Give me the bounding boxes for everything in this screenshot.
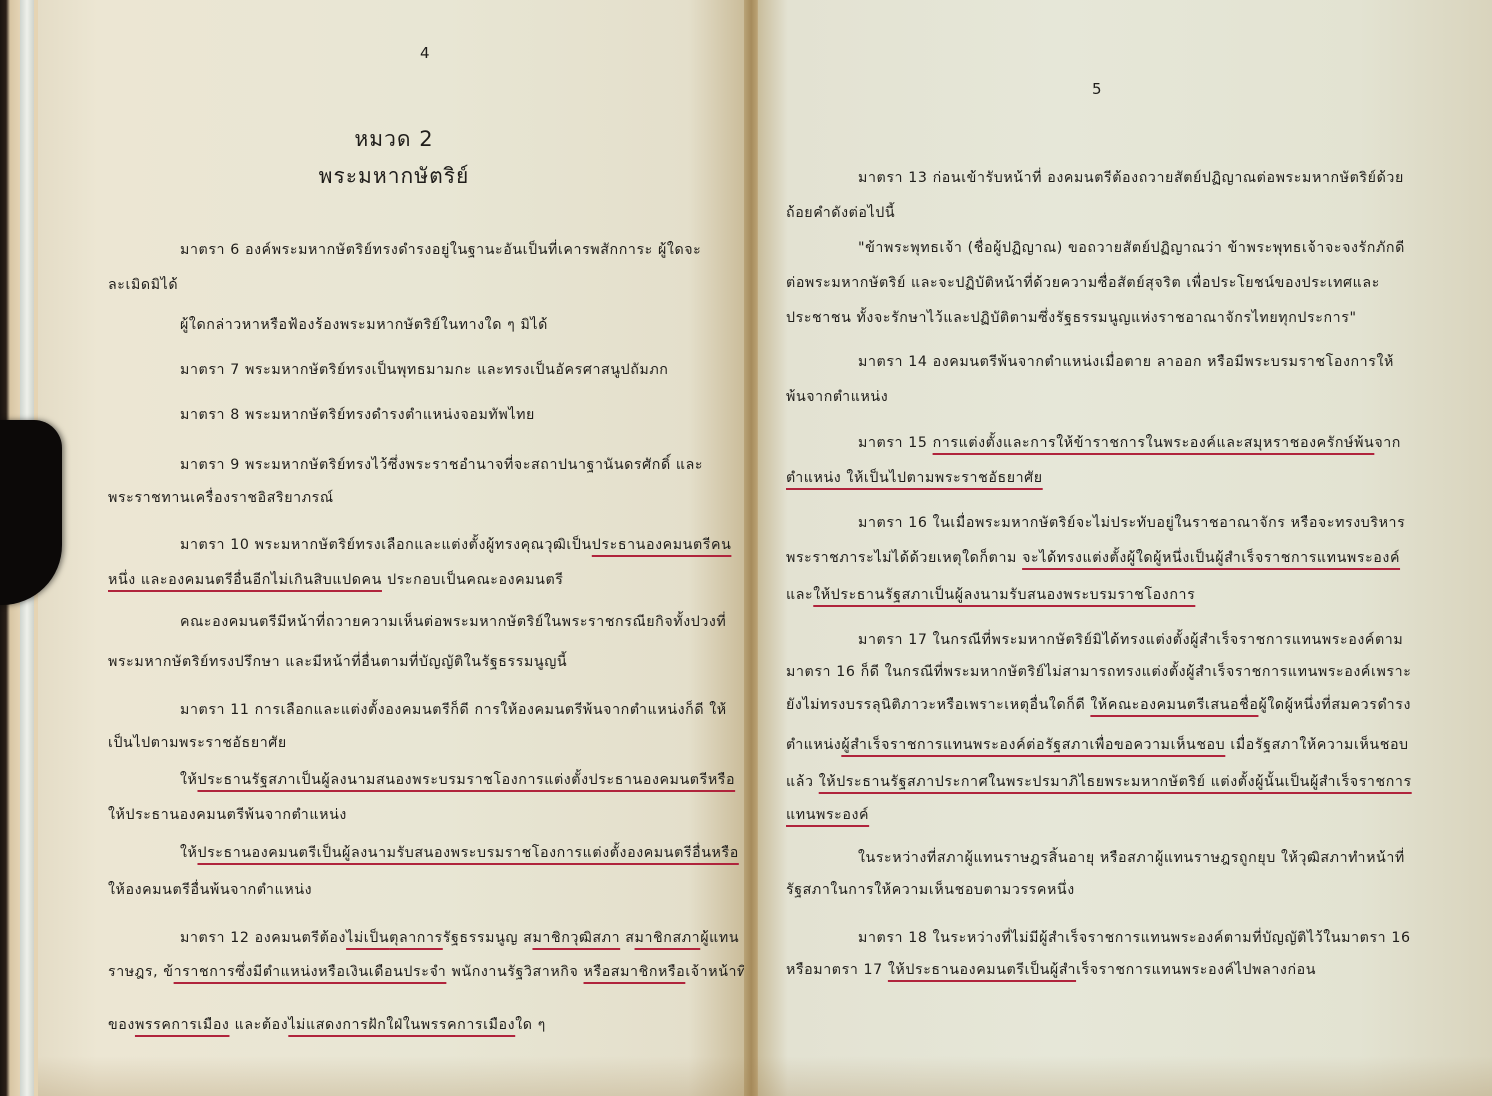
- text-segment: และ: [786, 587, 813, 603]
- text-line: หรือมาตรา 17 ให้ประธานองคมนตรีเป็นผู้สำเ…: [786, 960, 1316, 980]
- text-line: ละเมิดมิได้: [108, 275, 178, 295]
- text-segment: หรือมาตรา 17: [786, 962, 888, 978]
- underlined-phrase: ให้ประธานรัฐสภาเป็นผู้ลงนามรับสนองพระบรม…: [813, 587, 1195, 603]
- underlined-phrase: พรรคการเมือง: [135, 1017, 230, 1033]
- text-line: รัฐสภาในการให้ความเห็นชอบตามวรรคหนึ่ง: [786, 880, 1075, 900]
- text-segment: มาตรา 16 ก็ดี ในกรณีที่พระมหากษัตริย์ไม่…: [786, 664, 1411, 680]
- text-segment: รัฐธรรมนูญ ส: [443, 930, 533, 946]
- text-segment: ให้องคมนตรีอื่นพ้นจากตำแหน่ง: [108, 882, 312, 898]
- chapter-title: พระมหากษัตริย์: [38, 160, 750, 193]
- page-number: 4: [420, 44, 431, 62]
- text-segment: เป็นไปตามพระราชอัธยาศัย: [108, 735, 287, 751]
- text-line: ประชาชน ทั้งจะรักษาไว้และปฏิบัติตามซึ่งร…: [786, 308, 1357, 328]
- text-line: มาตรา 9 พระมหากษัตริย์ทรงไว้ซึ่งพระราชอำ…: [180, 455, 703, 475]
- text-segment: มาตรา 10 พระมหากษัตริย์ทรงเลือกและแต่งตั…: [180, 537, 592, 553]
- text-segment: ประชาชน ทั้งจะรักษาไว้และปฏิบัติตามซึ่งร…: [786, 310, 1357, 326]
- text-segment: มาตรา 18 ในระหว่างที่ไม่มีผู้สำเร็จราชกา…: [858, 930, 1411, 946]
- underlined-phrase: ตุลาการ: [389, 930, 443, 946]
- text-line: แล้ว ให้ประธานรัฐสภาประกาศในพระปรมาภิไธย…: [786, 772, 1412, 792]
- text-line: พระราชภาระไม่ได้ด้วยเหตุใดก็ตาม จะได้ทรง…: [786, 548, 1400, 568]
- text-line: คณะองคมนตรีมีหน้าที่ถวายความเห็นต่อพระมห…: [180, 612, 726, 632]
- chapter-number: หมวด 2: [38, 123, 750, 156]
- text-segment: ตำแหน่ง: [786, 737, 841, 753]
- text-line: ถ้อยคำดังต่อไปนี้: [786, 203, 895, 223]
- underlined-phrase: การแต่งตั้งและการให้ข้าราชการในพระองค์แล…: [933, 435, 1375, 451]
- text-line: มาตรา 11 การเลือกและแต่งตั้งองคมนตรีก็ดี…: [180, 700, 727, 720]
- text-segment: มาตรา 8 พระมหากษัตริย์ทรงดำรงตำแหน่งจอมท…: [180, 407, 535, 423]
- right-page: 5 มาตรา 13 ก่อนเข้ารับหน้าที่ องคมนตรีต้…: [758, 0, 1492, 1096]
- text-line: ผู้ใดกล่าวหาหรือฟ้องร้องพระมหากษัตริย์ใน…: [180, 315, 548, 335]
- underlined-phrase: จะได้ทรงแต่งตั้งผู้ใดผู้หนึ่งเป็นผู้สำเร…: [1022, 550, 1400, 566]
- text-line: หนึ่ง และองคมนตรีอื่นอีกไม่เกินสิบแปดคน …: [108, 570, 563, 590]
- underlined-phrase: ไม่แสดงการฝักใฝ่ในพรรคการเมือง: [288, 1017, 515, 1033]
- text-segment: มาตรา 16 ในเมื่อพระมหากษัตริย์จะไม่ประทั…: [858, 515, 1405, 531]
- text-line: มาตรา 12 องคมนตรีต้องไม่เป็นตุลาการรัฐธร…: [180, 928, 739, 948]
- underlined-phrase: ไม่เป็น: [346, 930, 389, 946]
- text-segment: ของ: [108, 1017, 135, 1033]
- text-segment: มาตรา 6 องค์พระมหากษัตริย์ทรงดำรงอยู่ในฐ…: [180, 242, 701, 258]
- underlined-phrase: ประธานรัฐสภาเป็นผู้ลงนามสนองพระบรมราชโอง…: [197, 772, 735, 788]
- text-line: ให้องคมนตรีอื่นพ้นจากตำแหน่ง: [108, 880, 312, 900]
- text-segment: ยังไม่ทรงบรรลุนิติภาวะหรือเพราะเหตุอื่นใ…: [786, 697, 1090, 713]
- text-segment: แล้ว: [786, 774, 819, 790]
- text-line: มาตรา 6 องค์พระมหากษัตริย์ทรงดำรงอยู่ในฐ…: [180, 240, 701, 260]
- text-line: มาตรา 18 ในระหว่างที่ไม่มีผู้สำเร็จราชกา…: [858, 928, 1411, 948]
- text-segment: ละเมิดมิได้: [108, 277, 178, 293]
- text-line: มาตรา 15 การแต่งตั้งและการให้ข้าราชการใน…: [858, 433, 1401, 453]
- text-line: ของพรรคการเมือง และต้องไม่แสดงการฝักใฝ่ใ…: [108, 1015, 546, 1035]
- text-segment: คณะองคมนตรีมีหน้าที่ถวายความเห็นต่อพระมห…: [180, 614, 726, 630]
- page-number: 5: [1092, 80, 1103, 98]
- text-line: และให้ประธานรัฐสภาเป็นผู้ลงนามรับสนองพระ…: [786, 585, 1195, 605]
- text-segment: มาตรา 7 พระมหากษัตริย์ทรงเป็นพุทธมามกะ แ…: [180, 362, 669, 378]
- underlined-phrase: ตำแหน่ง ให้เป็นไปตามพระราชอัธยาศัย: [786, 470, 1043, 486]
- text-segment: มาตรา 13 ก่อนเข้ารับหน้าที่ องคมนตรีต้อง…: [858, 170, 1404, 186]
- text-line: "ข้าพระพุทธเจ้า (ชื่อผู้ปฏิญาณ) ขอถวายสั…: [858, 238, 1405, 258]
- text-segment: พ้นจากตำแหน่ง: [786, 389, 888, 405]
- text-line: ตำแหน่งผู้สำเร็จราชการแทนพระองค์ต่อรัฐสภ…: [786, 735, 1409, 755]
- text-segment: จาก: [1374, 435, 1401, 451]
- text-line: ให้ประธานองคมนตรีพ้นจากตำแหน่ง: [108, 805, 347, 825]
- text-line: พระมหากษัตริย์ทรงปรึกษา และมีหน้าที่อื่น…: [108, 652, 567, 672]
- text-segment: ผู้แทน: [700, 930, 739, 946]
- text-segment: ถ้อยคำดังต่อไปนี้: [786, 205, 895, 221]
- text-segment: มาตรา 12 องคมนตรีต้อง: [180, 930, 346, 946]
- text-line: มาตรา 7 พระมหากษัตริย์ทรงเป็นพุทธมามกะ แ…: [180, 360, 669, 380]
- text-segment: "ข้าพระพุทธเจ้า (ชื่อผู้ปฏิญาณ) ขอถวายสั…: [858, 240, 1405, 256]
- text-segment: เร็จราชการแทนพระองค์ไปพลางก่อน: [1076, 962, 1316, 978]
- text-segment: ให้: [180, 845, 197, 861]
- underlined-phrase: แทนพระองค์: [786, 807, 869, 823]
- text-segment: พระราชภาระไม่ได้ด้วยเหตุใดก็ตาม: [786, 550, 1022, 566]
- underlined-phrase: ให้ประธานองคมนตรีเป็นผู้สำ: [888, 962, 1076, 978]
- text-line: เป็นไปตามพระราชอัธยาศัย: [108, 733, 287, 753]
- text-line: ราษฎร, ข้าราชการซึ่งมีตำแหน่งหรือเงินเดื…: [108, 962, 747, 982]
- text-line: มาตรา 17 ในกรณีที่พระมหากษัตริย์มิได้ทรง…: [858, 630, 1403, 650]
- text-line: มาตรา 16 ในเมื่อพระมหากษัตริย์จะไม่ประทั…: [858, 513, 1405, 533]
- underlined-phrase: หนึ่ง และองคมนตรีอื่นอีกไม่เกินสิบแปดคน: [108, 572, 382, 588]
- text-segment: มาตรา 17 ในกรณีที่พระมหากษัตริย์มิได้ทรง…: [858, 632, 1403, 648]
- text-segment: พนักงานรัฐวิสาหกิจ: [446, 964, 583, 980]
- text-segment: และต้อง: [229, 1017, 288, 1033]
- text-segment: ให้: [180, 772, 197, 788]
- underlined-phrase: มาชิกวุฒิสภา: [532, 930, 620, 946]
- underlined-phrase: าราชการซึ่งมีตำแหน่งหรือเงินเดือนประจำ: [174, 964, 447, 980]
- text-segment: ต่อพระมหากษัตริย์ และจะปฏิบัติหน้าที่ด้ว…: [786, 275, 1380, 291]
- text-segment: มาตรา 14 องคมนตรีพ้นจากตำแหน่งเมื่อตาย ล…: [858, 354, 1394, 370]
- text-line: ให้ประธานองคมนตรีเป็นผู้ลงนามรับสนองพระบ…: [180, 843, 739, 863]
- text-line: ในระหว่างที่สภาผู้แทนราษฎรสิ้นอายุ หรือส…: [858, 848, 1405, 868]
- text-line: มาตรา 16 ก็ดี ในกรณีที่พระมหากษัตริย์ไม่…: [786, 662, 1411, 682]
- text-line: พ้นจากตำแหน่ง: [786, 387, 888, 407]
- text-line: มาตรา 8 พระมหากษัตริย์ทรงดำรงตำแหน่งจอมท…: [180, 405, 535, 425]
- text-segment: ราษฎร, ข้: [108, 964, 174, 980]
- underlined-phrase: หรือสมาชิกหรือ: [584, 964, 686, 980]
- book-spread: 4 หมวด 2 พระมหากษัตริย์ มาตรา 6 องค์พระม…: [0, 0, 1492, 1096]
- text-line: ตำแหน่ง ให้เป็นไปตามพระราชอัธยาศัย: [786, 468, 1043, 488]
- text-segment: ผู้ใดผู้หนึ่งที่สมควรดำรง: [1258, 697, 1411, 713]
- page-shadow: [38, 1056, 1492, 1096]
- underlined-phrase: ผู้สำเร็จราชการแทนพระองค์ต่อรัฐสภาเพื่อข…: [841, 737, 1225, 753]
- text-segment: เจ้าหน้าที่: [685, 964, 747, 980]
- underlined-phrase: ให้คณะองคมนตรีเสนอชื่อ: [1090, 697, 1258, 713]
- text-line: แทนพระองค์: [786, 805, 869, 825]
- text-line: พระราชทานเครื่องราชอิสริยาภรณ์: [108, 488, 334, 508]
- text-line: มาตรา 14 องคมนตรีพ้นจากตำแหน่งเมื่อตาย ล…: [858, 352, 1394, 372]
- underlined-phrase: ประธานองคมนตรีคน: [592, 537, 732, 553]
- text-line: ต่อพระมหากษัตริย์ และจะปฏิบัติหน้าที่ด้ว…: [786, 273, 1380, 293]
- text-segment: พระมหากษัตริย์ทรงปรึกษา และมีหน้าที่อื่น…: [108, 654, 567, 670]
- text-segment: ผู้ใดกล่าวหาหรือฟ้องร้องพระมหากษัตริย์ใน…: [180, 317, 548, 333]
- left-page: 4 หมวด 2 พระมหากษัตริย์ มาตรา 6 องค์พระม…: [38, 0, 750, 1096]
- text-segment: มาตรา 9 พระมหากษัตริย์ทรงไว้ซึ่งพระราชอำ…: [180, 457, 703, 473]
- text-segment: มาตรา 11 การเลือกและแต่งตั้งองคมนตรีก็ดี…: [180, 702, 727, 718]
- underlined-phrase: ให้ประธานรัฐสภาประกาศในพระปรมาภิไธยพระมห…: [819, 774, 1412, 790]
- text-segment: ส: [620, 930, 634, 946]
- text-line: ให้ประธานรัฐสภาเป็นผู้ลงนามสนองพระบรมราช…: [180, 770, 735, 790]
- underlined-phrase: ประธานองคมนตรีเป็นผู้ลงนามรับสนองพระบรมร…: [197, 845, 738, 861]
- text-segment: ในระหว่างที่สภาผู้แทนราษฎรสิ้นอายุ หรือส…: [858, 850, 1405, 866]
- text-segment: พระราชทานเครื่องราชอิสริยาภรณ์: [108, 490, 334, 506]
- underlined-phrase: มาชิกสภา: [635, 930, 701, 946]
- text-segment: รัฐสภาในการให้ความเห็นชอบตามวรรคหนึ่ง: [786, 882, 1075, 898]
- text-segment: มาตรา 15: [858, 435, 933, 451]
- text-line: มาตรา 10 พระมหากษัตริย์ทรงเลือกและแต่งตั…: [180, 535, 731, 555]
- text-segment: ประกอบเป็นคณะองคมนตรี: [382, 572, 564, 588]
- text-segment: เมื่อรัฐสภาให้ความเห็นชอบ: [1225, 737, 1408, 753]
- text-segment: ให้ประธานองคมนตรีพ้นจากตำแหน่ง: [108, 807, 347, 823]
- text-line: ยังไม่ทรงบรรลุนิติภาวะหรือเพราะเหตุอื่นใ…: [786, 695, 1411, 715]
- text-line: มาตรา 13 ก่อนเข้ารับหน้าที่ องคมนตรีต้อง…: [858, 168, 1404, 188]
- text-segment: ใด ๆ: [515, 1017, 546, 1033]
